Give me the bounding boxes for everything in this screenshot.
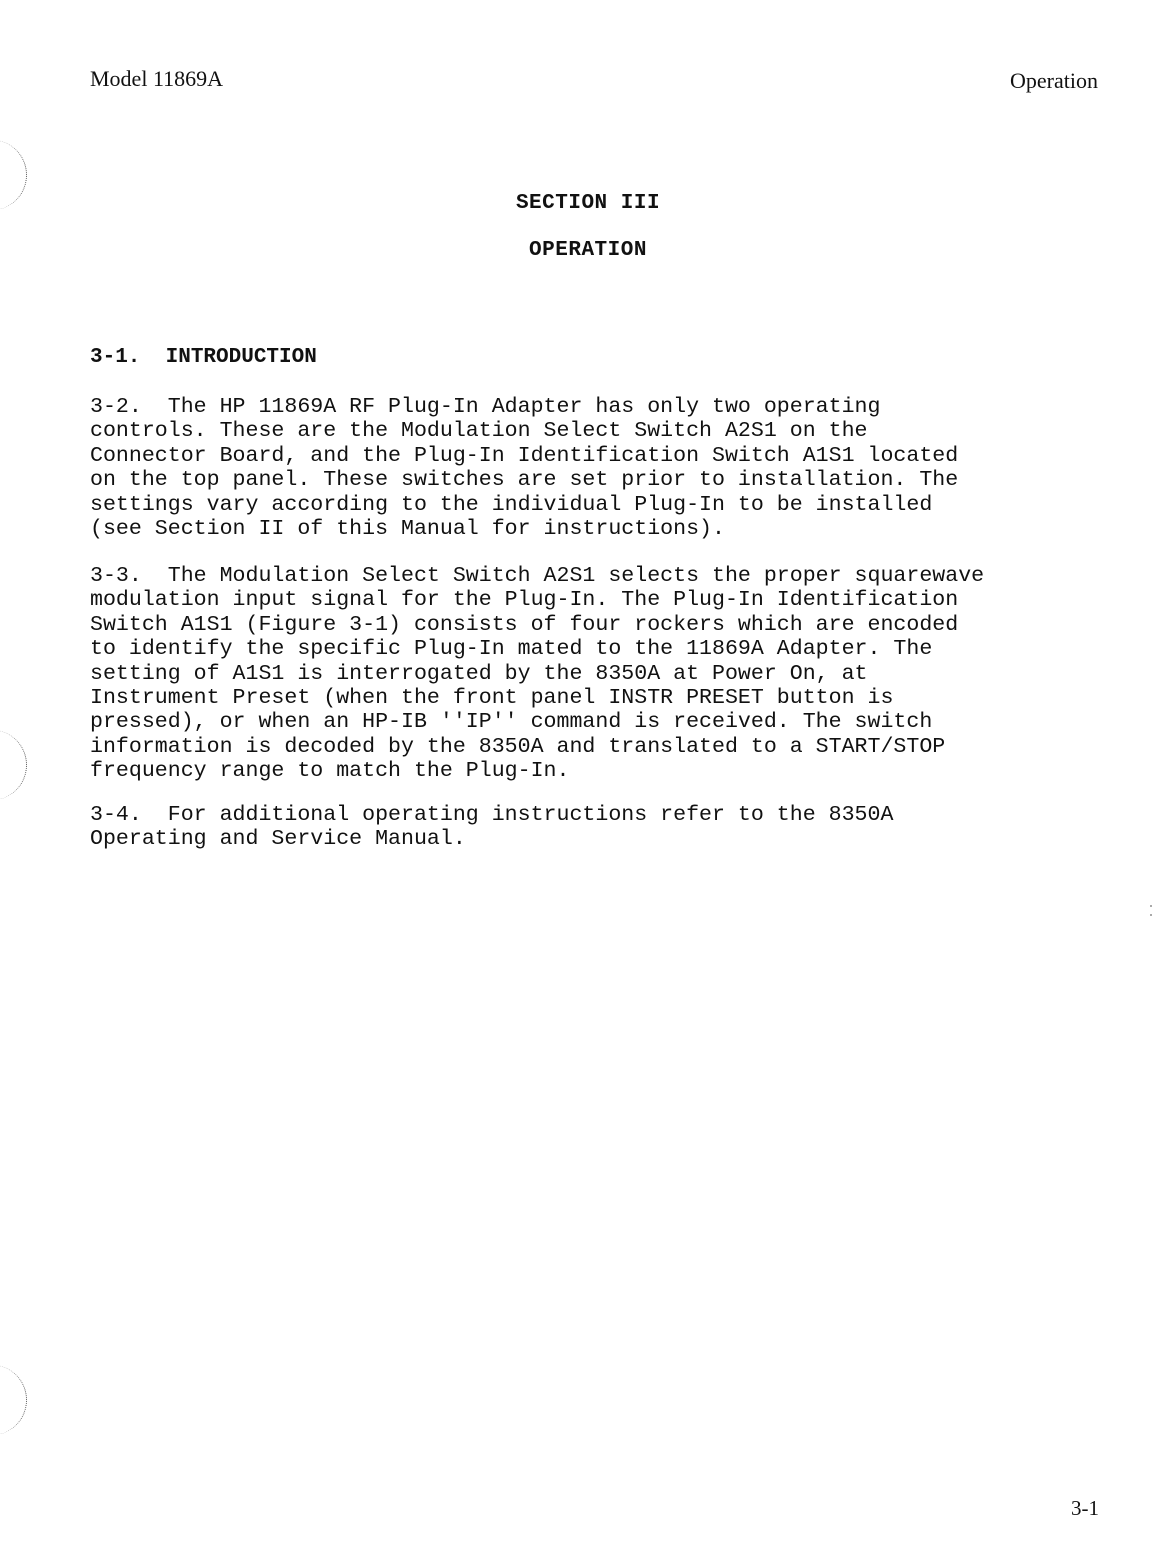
header-section-name: Operation: [1010, 68, 1098, 94]
section-number-title: SECTION III: [0, 192, 1176, 215]
paragraph-3-4: 3-4. For additional operating instructio…: [90, 803, 893, 852]
scan-speck: [1150, 905, 1152, 907]
heading-introduction: 3-1. INTRODUCTION: [90, 346, 317, 369]
page-number: 3-1: [1071, 1496, 1099, 1521]
section-title: OPERATION: [0, 239, 1176, 262]
scan-speck: [1150, 914, 1152, 916]
paragraph-3-2: 3-2. The HP 11869A RF Plug-In Adapter ha…: [90, 395, 958, 541]
punch-hole-mark: [0, 1365, 27, 1435]
section-number: SECTION III: [516, 192, 660, 215]
header-model: Model 11869A: [90, 66, 223, 92]
paragraph-3-3: 3-3. The Modulation Select Switch A2S1 s…: [90, 564, 984, 784]
punch-hole-mark: [0, 730, 27, 800]
